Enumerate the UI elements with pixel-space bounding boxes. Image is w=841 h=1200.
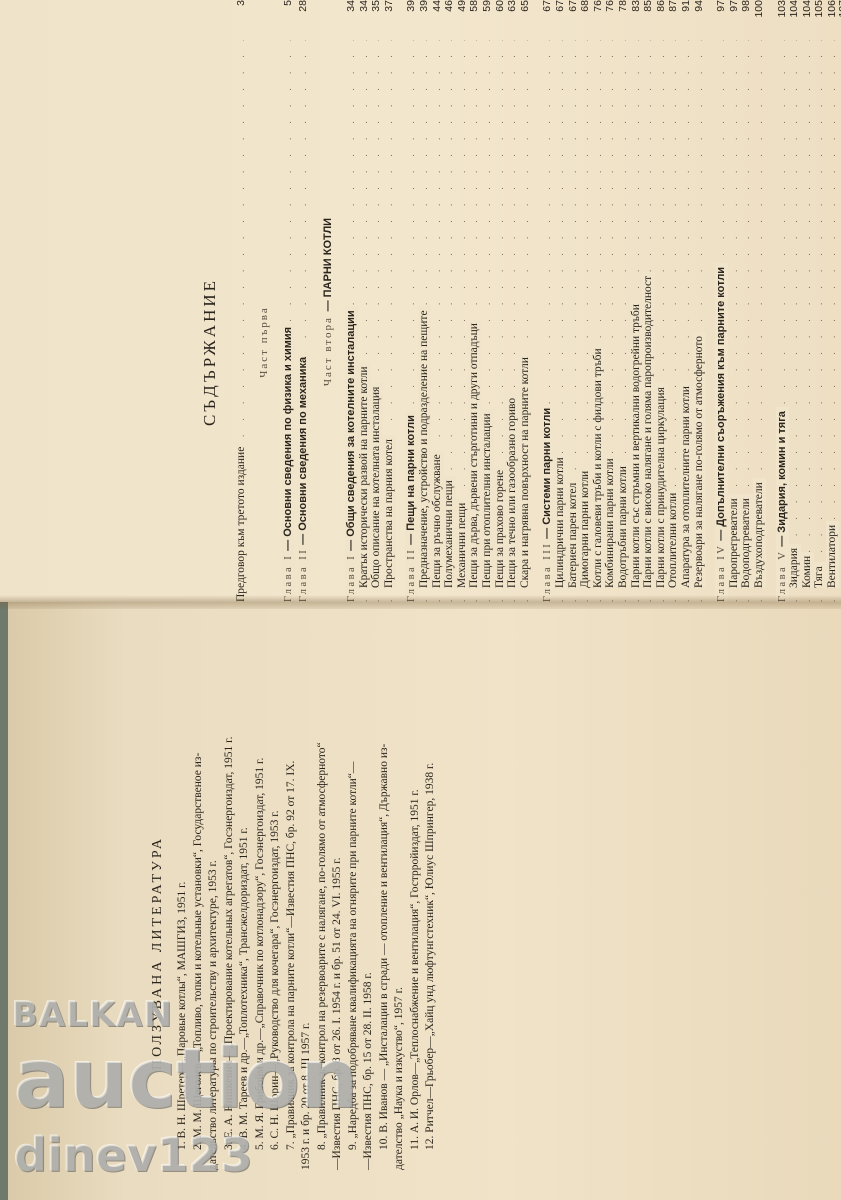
- toc-page-number: 58: [468, 0, 481, 36]
- toc-preface-label: Предговор към третото издание: [235, 443, 248, 602]
- toc-page-number: 67: [541, 0, 554, 36]
- section-title: Резервоари за налягане по-голямо от атмо…: [693, 332, 706, 588]
- toc-row-section: . . . . . . . . . . . . . . . . . . . . …: [617, 0, 630, 602]
- toc-row-section: . . . . . . . . . . . . . . . . . . . . …: [494, 0, 507, 602]
- toc-page-number: 35: [370, 0, 383, 36]
- toc-page-number: 76: [604, 0, 617, 36]
- section-title: Котли с галовеви тръби и котли с филдови…: [592, 344, 605, 588]
- section-title: Полумеханични пещи: [443, 476, 456, 588]
- toc-row-section: . . . . . . . . . . . . . . . . . . . . …: [753, 0, 766, 602]
- toc-page-number: 104: [788, 0, 801, 36]
- section-title: Скара и нагрявна повърхност на парните к…: [519, 353, 532, 588]
- section-title: Водоподгреватели: [740, 494, 753, 588]
- section-title: Предназначение, устройство и подразделен…: [418, 306, 431, 588]
- toc-row-section: . . . . . . . . . . . . . . . . . . . . …: [680, 0, 693, 602]
- chapter-title: — Системи парни котли: [541, 408, 553, 539]
- chapter-title: — Допълнителни съоръжения към парните ко…: [715, 267, 727, 541]
- toc-page-number: 100: [753, 0, 766, 36]
- literature-line: 7. „Правилник за контрола на парните кот…: [285, 761, 297, 1150]
- toc-page-number: 63: [506, 0, 519, 36]
- section-title: Батериен парен котел: [567, 479, 580, 588]
- toc-row-chapter: . . . . . . . . . . . . . . . . . . . . …: [541, 0, 554, 602]
- toc-page-number: 87: [667, 0, 680, 36]
- chapter-title: — Зидария, комин и тяга: [776, 411, 788, 547]
- toc-page-number: 97: [728, 0, 741, 36]
- section-title: Водотръбни парни котли: [617, 462, 630, 588]
- toc-page-number: 105: [813, 0, 826, 36]
- chapter-prefix: Глава III: [542, 542, 553, 602]
- toc-page-number: 37: [383, 0, 396, 36]
- toc-row-section: . . . . . . . . . . . . . . . . . . . . …: [418, 0, 431, 602]
- section-title: Пещи за прахово горене: [494, 466, 507, 588]
- toc-row-chapter: . . . . . . . . . . . . . . . . . . . . …: [345, 0, 358, 602]
- literature-line: 9. „Наредба за подобряване квалификацият…: [347, 762, 359, 1150]
- toc-page-number: 49: [456, 0, 469, 36]
- literature-line: 10. В. Иванов — „Инсталации в сгради — о…: [378, 744, 390, 1150]
- chapter-prefix: Глава II: [406, 548, 417, 602]
- toc-row-section: . . . . . . . . . . . . . . . . . . . . …: [468, 0, 481, 602]
- literature-line: 3. Е. А. Нишкевич—„Проектирование котель…: [223, 737, 235, 1150]
- chapter-title: — Общи сведения за котелните инсталации: [345, 310, 357, 551]
- toc-page-number: 44: [431, 0, 444, 36]
- toc-page-number: 94: [693, 0, 706, 36]
- toc-row-section: . . . . . . . . . . . . . . . . . . . . …: [519, 0, 532, 602]
- literature-line: 11. А. И. Орлов—„Теплоснабжение и вентил…: [409, 789, 421, 1150]
- section-title: Цилиндрични парни котли: [554, 453, 567, 588]
- toc-page-number: 91: [680, 0, 693, 36]
- toc-row-section: . . . . . . . . . . . . . . . . . . . . …: [813, 0, 826, 602]
- toc-page-number: 60: [494, 0, 507, 36]
- literature-line: 2. М. М. Щеголев—„Топливо, топки и котел…: [192, 753, 204, 1150]
- section-title: Пещи за течно или газообразно гориво: [506, 394, 519, 588]
- toc-row-section: . . . . . . . . . . . . . . . . . . . . …: [506, 0, 519, 602]
- toc-row-section: . . . . . . . . . . . . . . . . . . . . …: [728, 0, 741, 602]
- toc-row-section: . . . . . . . . . . . . . . . . . . . . …: [554, 0, 567, 602]
- section-title: Комин: [801, 552, 814, 588]
- toc-row-section: . . . . . . . . . . . . . . . . . . . . …: [579, 0, 592, 602]
- toc-page-number: 83: [630, 0, 643, 36]
- section-title: Механични пещи: [456, 499, 469, 588]
- section-title: Тяга: [813, 562, 826, 588]
- literature-line: дателство „Наука и изкуство“, 1957 г.: [393, 987, 405, 1170]
- toc-title: СЪДЪРЖАНИЕ: [200, 162, 220, 542]
- toc-page-number: 97: [715, 0, 728, 36]
- toc-row-section: . . . . . . . . . . . . . . . . . . . . …: [630, 0, 643, 602]
- toc-row-section: . . . . . . . . . . . . . . . . . . . . …: [431, 0, 444, 602]
- toc-page-number: 104: [801, 0, 814, 36]
- part-one-heading: Част първа: [258, 202, 270, 482]
- literature-line: дательство литературы по строительству и…: [207, 860, 219, 1170]
- toc-row-section: . . . . . . . . . . . . . . . . . . . . …: [693, 0, 706, 602]
- toc-page-number: 76: [592, 0, 605, 36]
- toc-row-section: . . . . . . . . . . . . . . . . . . . . …: [655, 0, 668, 602]
- section-title: Пещи за дърва, дървени стърготини и друг…: [468, 319, 481, 588]
- toc-page-number: 46: [443, 0, 456, 36]
- section-title: Пространства на парния котел: [383, 435, 396, 588]
- toc-page-number: 67: [567, 0, 580, 36]
- toc-row-section: . . . . . . . . . . . . . . . . . . . . …: [456, 0, 469, 602]
- toc-row-section: . . . . . . . . . . . . . . . . . . . . …: [592, 0, 605, 602]
- toc-row-section: . . . . . . . . . . . . . . . . . . . . …: [801, 0, 814, 602]
- scan-edge: [0, 602, 8, 1200]
- toc-row-section: . . . . . . . . . . . . . . . . . . . . …: [481, 0, 494, 602]
- section-title: Пещи при отоплителни инсталации: [481, 409, 494, 588]
- toc-row-chapter: . . . . . . . . . . . . . . . . . . . . …: [405, 0, 418, 602]
- section-title: Парни котли с високо налягане и голяма п…: [642, 272, 655, 588]
- toc-page-number: 39: [405, 0, 418, 36]
- toc-page-number: 67: [554, 0, 567, 36]
- section-title: Апаратура за отоплителните парни котли: [680, 382, 693, 588]
- page-fold: [0, 595, 841, 609]
- section-title: Зидария: [788, 544, 801, 588]
- literature-rotated-content: ПОЛЗУВАНА ЛИТЕРАТУРА 1. В. Н. Шретер—„Па…: [0, 602, 841, 1200]
- section-title: Паропрегреватели: [728, 494, 741, 588]
- toc-row-extra: 107: [837, 0, 841, 602]
- toc-page-number: 103: [776, 0, 789, 36]
- literature-page: ПОЛЗУВАНА ЛИТЕРАТУРА 1. В. Н. Шретер—„Па…: [0, 602, 841, 1200]
- toc-row-chapter: . . . . . . . . . . . . . . . . . . . . …: [776, 0, 789, 602]
- literature-line: —Известия ПНС, бр. 15 от 28. II. 1958 г.: [362, 972, 374, 1170]
- literature-line: —Известия ПНС, бр. 8 от 26. I. 1954 г. и…: [331, 858, 343, 1171]
- toc-page-number: 59: [481, 0, 494, 36]
- toc-rotated-content: СЪДЪРЖАНИЕ . . . . . . . . . . . . . . .…: [0, 0, 841, 602]
- section-title: Парни котли със стръмни и вертикални вод…: [630, 300, 643, 588]
- section-title: Парни котли с принудителна циркулация: [655, 383, 668, 588]
- toc-page-number: 107: [837, 0, 841, 36]
- literature-line: 1953 г. и бр. 20 от 8. III 1957 г.: [300, 1023, 312, 1170]
- section-title: Въздухоподгреватели: [753, 478, 766, 588]
- toc-row-preface: . . . . . . . . . . . . . . . . . . . . …: [235, 0, 248, 602]
- toc-page-number: 85: [642, 0, 655, 36]
- chapter-prefix: Глава IV: [716, 544, 727, 602]
- toc-row-chapter: . . . . . . . . . . . . . . . . . . . . …: [715, 0, 728, 602]
- section-title: Кратък исторически развой на парните кот…: [358, 362, 371, 588]
- literature-line: 4. В. М. Тареев и др.—„Топлотехника“, Тр…: [238, 827, 250, 1150]
- section-title: Комбинирани парни котли: [604, 454, 617, 588]
- section-title: Отоплителни котли: [667, 489, 680, 588]
- toc-row-section: . . . . . . . . . . . . . . . . . . . . …: [667, 0, 680, 602]
- toc-page-number: 34: [358, 0, 371, 36]
- literature-line: 1. В. Н. Шретер—„Паровые котлы“, МАШГИЗ,…: [176, 882, 188, 1150]
- part-two-heading: Част втора — ПАРНИ КОТЛИ: [322, 122, 334, 482]
- section-title: Димогарни парни котли: [579, 467, 592, 588]
- literature-title: ПОЛЗУВАНА ЛИТЕРАТУРА: [150, 836, 166, 1070]
- toc-row-section: . . . . . . . . . . . . . . . . . . . . …: [567, 0, 580, 602]
- literature-line: 5. М. Я. Грибойм и др.—„Справочник по ко…: [254, 758, 266, 1150]
- literature-line: 8. „Правилник за контрол на резервоарите…: [316, 742, 328, 1150]
- toc-page-number: 65: [519, 0, 532, 36]
- toc-page-number: 78: [617, 0, 630, 36]
- toc-row-section: . . . . . . . . . . . . . . . . . . . . …: [740, 0, 753, 602]
- toc-row-chapter: . . . . . . . . . . . . . . . . . . . . …: [282, 0, 295, 602]
- toc-page-number: 3: [235, 0, 248, 36]
- toc-row-section: . . . . . . . . . . . . . . . . . . . . …: [788, 0, 801, 602]
- toc-row-section: . . . . . . . . . . . . . . . . . . . . …: [370, 0, 383, 602]
- toc-row-section: . . . . . . . . . . . . . . . . . . . . …: [642, 0, 655, 602]
- toc-page-number: 68: [579, 0, 592, 36]
- chapter-title: — Пещи на парни котли: [405, 415, 417, 545]
- toc-row-chapter: . . . . . . . . . . . . . . . . . . . . …: [297, 0, 310, 602]
- toc-row-section: . . . . . . . . . . . . . . . . . . . . …: [443, 0, 456, 602]
- toc-row-section: . . . . . . . . . . . . . . . . . . . . …: [604, 0, 617, 602]
- toc-page-number: 86: [655, 0, 668, 36]
- toc-row-section: . . . . . . . . . . . . . . . . . . . . …: [383, 0, 396, 602]
- toc-row-section: . . . . . . . . . . . . . . . . . . . . …: [358, 0, 371, 602]
- toc-page-number: 39: [418, 0, 431, 36]
- section-title: Пещи за ръчно обслужване: [431, 450, 444, 588]
- toc-page-number: 34: [345, 0, 358, 36]
- section-title: Общо описание на котелната инсталация: [370, 383, 383, 588]
- toc-page: СЪДЪРЖАНИЕ . . . . . . . . . . . . . . .…: [0, 0, 841, 602]
- toc-page-number: 98: [740, 0, 753, 36]
- literature-line: 6. С. Н. Шорин—„Руководство для кочегара…: [269, 810, 281, 1150]
- literature-line: 12. Ритчел—Грьобер—„Хайц унд люфтунгстех…: [424, 763, 436, 1150]
